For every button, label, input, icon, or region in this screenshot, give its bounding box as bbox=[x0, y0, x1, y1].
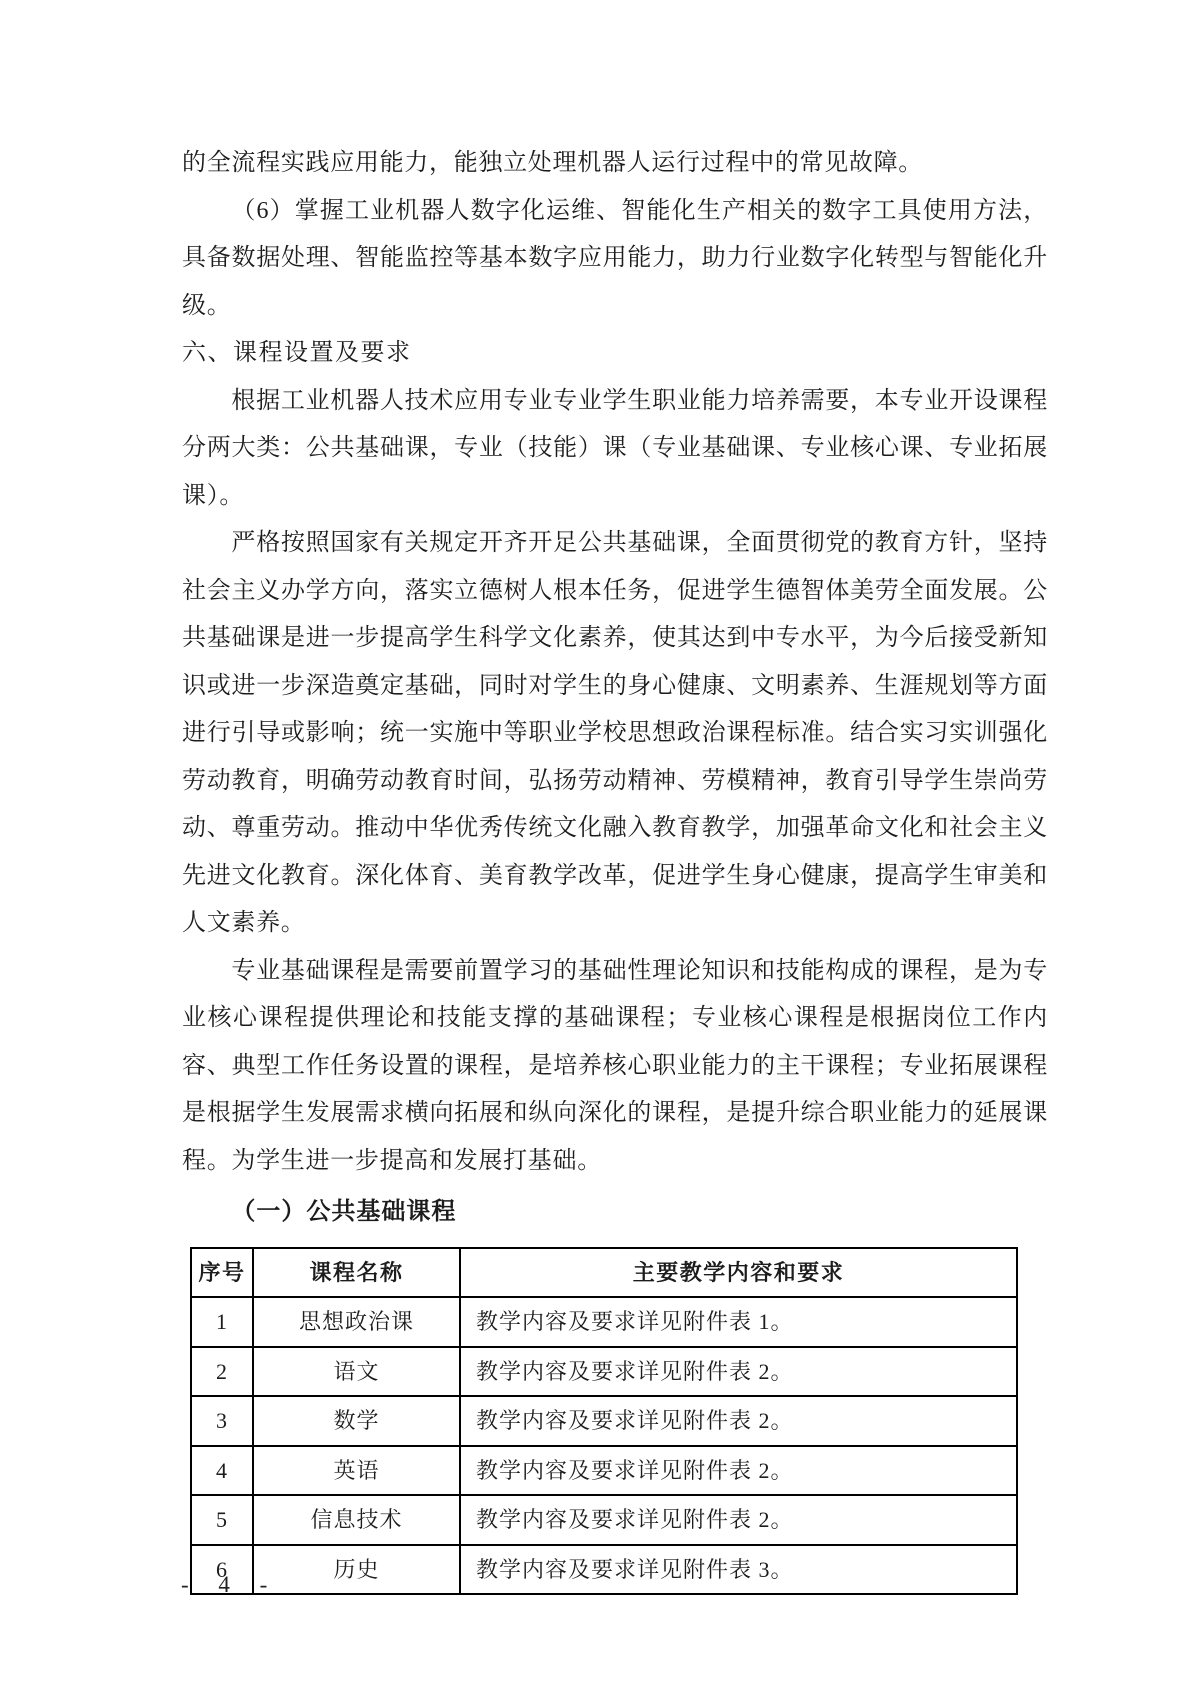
paragraph-professional-courses: 专业基础课程是需要前置学习的基础性理论知识和技能构成的课程，是为专业核心课程提供… bbox=[182, 948, 1048, 1186]
table-row: 4英语教学内容及要求详见附件表 2。 bbox=[191, 1446, 1017, 1496]
header-cell-content-requirements: 主要教学内容和要求 bbox=[460, 1248, 1017, 1298]
table-row: 2语文教学内容及要求详见附件表 2。 bbox=[191, 1347, 1017, 1397]
course-content-cell: 教学内容及要求详见附件表 2。 bbox=[460, 1446, 1017, 1496]
table-row: 5信息技术教学内容及要求详见附件表 2。 bbox=[191, 1495, 1017, 1545]
row-number-cell: 3 bbox=[191, 1396, 253, 1446]
table-header-row: 序号 课程名称 主要教学内容和要求 bbox=[191, 1248, 1017, 1298]
paragraph-course-overview: 根据工业机器人技术应用专业专业学生职业能力培养需要，本专业开设课程分两大类：公共… bbox=[182, 378, 1048, 521]
course-name-cell: 数学 bbox=[253, 1396, 460, 1446]
course-name-cell: 英语 bbox=[253, 1446, 460, 1496]
course-table-body: 1思想政治课教学内容及要求详见附件表 1。2语文教学内容及要求详见附件表 2。3… bbox=[191, 1297, 1017, 1594]
row-number-cell: 1 bbox=[191, 1297, 253, 1347]
course-table: 序号 课程名称 主要教学内容和要求 1思想政治课教学内容及要求详见附件表 1。2… bbox=[190, 1247, 1018, 1596]
table-row: 6历史教学内容及要求详见附件表 3。 bbox=[191, 1545, 1017, 1595]
course-content-cell: 教学内容及要求详见附件表 3。 bbox=[460, 1545, 1017, 1595]
paragraph-intro-continuation: 的全流程实践应用能力，能独立处理机器人运行过程中的常见故障。 bbox=[182, 140, 1048, 188]
paragraph-item-6: （6）掌握工业机器人数字化运维、智能化生产相关的数字工具使用方法，具备数据处理、… bbox=[182, 188, 1048, 331]
row-number-cell: 4 bbox=[191, 1446, 253, 1496]
course-content-cell: 教学内容及要求详见附件表 2。 bbox=[460, 1347, 1017, 1397]
header-cell-course-name: 课程名称 bbox=[253, 1248, 460, 1298]
section-heading-six: 六、课程设置及要求 bbox=[182, 330, 1048, 378]
content-area: 的全流程实践应用能力，能独立处理机器人运行过程中的常见故障。 （6）掌握工业机器… bbox=[182, 140, 1048, 1595]
course-name-cell: 历史 bbox=[253, 1545, 460, 1595]
subsection-heading-public-basic: （一）公共基础课程 bbox=[182, 1189, 1048, 1237]
course-content-cell: 教学内容及要求详见附件表 2。 bbox=[460, 1495, 1017, 1545]
course-name-cell: 语文 bbox=[253, 1347, 460, 1397]
row-number-cell: 5 bbox=[191, 1495, 253, 1545]
page-number: - 4 - bbox=[181, 1572, 276, 1598]
row-number-cell: 2 bbox=[191, 1347, 253, 1397]
course-name-cell: 思想政治课 bbox=[253, 1297, 460, 1347]
course-content-cell: 教学内容及要求详见附件表 1。 bbox=[460, 1297, 1017, 1347]
paragraph-public-basic-courses: 严格按照国家有关规定开齐开足公共基础课，全面贯彻党的教育方针，坚持社会主义办学方… bbox=[182, 520, 1048, 948]
header-cell-number: 序号 bbox=[191, 1248, 253, 1298]
course-content-cell: 教学内容及要求详见附件表 2。 bbox=[460, 1396, 1017, 1446]
course-name-cell: 信息技术 bbox=[253, 1495, 460, 1545]
table-row: 1思想政治课教学内容及要求详见附件表 1。 bbox=[191, 1297, 1017, 1347]
document-page: 的全流程实践应用能力，能独立处理机器人运行过程中的常见故障。 （6）掌握工业机器… bbox=[0, 0, 1191, 1684]
table-row: 3数学教学内容及要求详见附件表 2。 bbox=[191, 1396, 1017, 1446]
